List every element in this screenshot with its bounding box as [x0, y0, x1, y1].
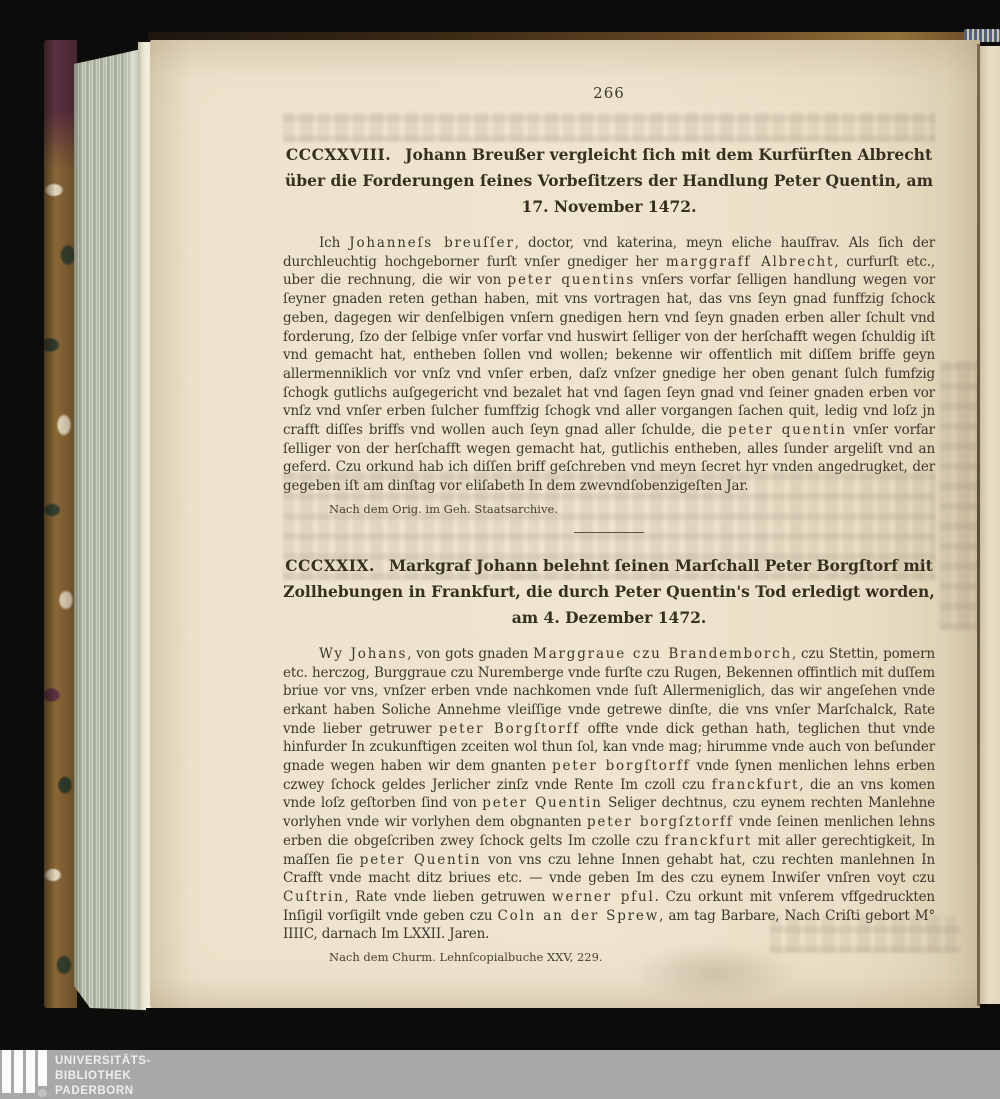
library-name-line: PADERBORN — [55, 1084, 151, 1099]
section-body: Ich Johanneſs breuſſer, doctor, vnd kate… — [283, 234, 935, 496]
book-scan: 266 CCCXXVIII.Johann Breußer vergleicht … — [0, 0, 1000, 1099]
section-number: CCCXXVIII. — [286, 145, 391, 164]
logo-bar-icon — [38, 1050, 47, 1086]
section-heading: CCCXXIX.Markgraf Johann belehnt ſeinen M… — [283, 553, 935, 631]
section-title: Markgraf Johann belehnt ſeinen Marſchall… — [283, 556, 934, 627]
section-source-note: Nach dem Orig. im Geh. Staatsarchive. — [283, 502, 935, 516]
printed-text-column: 266 CCCXXVIII.Johann Breußer vergleicht … — [283, 84, 935, 964]
library-name-line: UNIVERSITÄTS- — [55, 1054, 151, 1069]
section-cccxxviii: CCCXXVIII.Johann Breußer vergleicht ſich… — [283, 142, 935, 516]
page-number: 266 — [283, 84, 935, 102]
section-body: Wy Johans, von gots gnaden Marggraue czu… — [283, 645, 935, 944]
section-source-note: Nach dem Churm. Lehnſcopialbuche XXV, 22… — [283, 950, 935, 964]
library-watermark-band: UNIVERSITÄTS- BIBLIOTHEK PADERBORN — [0, 1050, 1000, 1099]
ub-paderborn-logo-icon — [2, 1050, 54, 1099]
logo-bar-icon — [2, 1050, 11, 1093]
logo-dot-icon — [38, 1089, 47, 1097]
facing-page-sliver — [980, 46, 1000, 1004]
section-number: CCCXXIX. — [285, 556, 375, 575]
section-heading: CCCXXVIII.Johann Breußer vergleicht ſich… — [283, 142, 935, 220]
library-name: UNIVERSITÄTS- BIBLIOTHEK PADERBORN — [55, 1054, 151, 1099]
page-edge-stack — [74, 44, 146, 1010]
section-divider — [574, 532, 644, 533]
marbled-cover-edge — [44, 40, 77, 1008]
logo-bar-icon — [26, 1050, 35, 1093]
logo-bar-icon — [14, 1050, 23, 1093]
library-name-line: BIBLIOTHEK — [55, 1069, 151, 1084]
section-cccxxix: CCCXXIX.Markgraf Johann belehnt ſeinen M… — [283, 553, 935, 964]
